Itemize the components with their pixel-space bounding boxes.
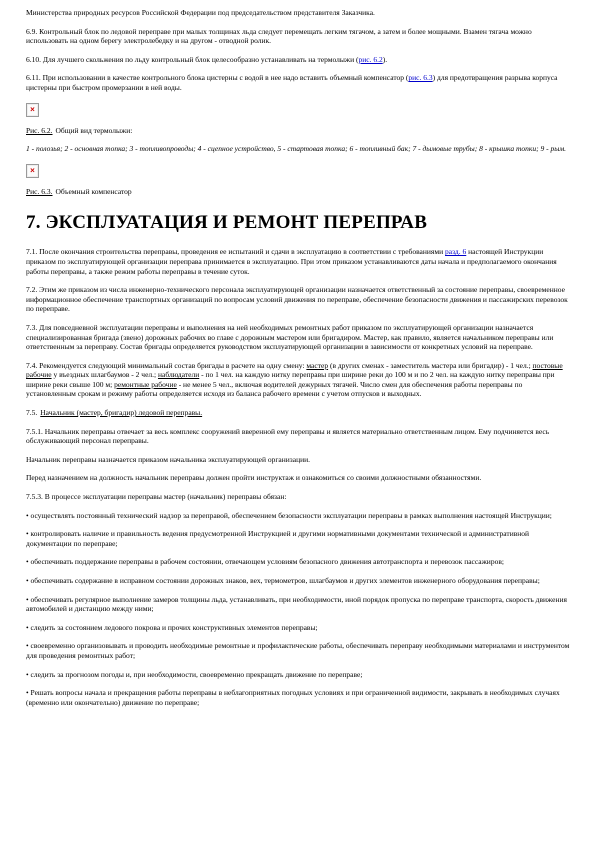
link-section-6[interactable]: разд. 6	[445, 247, 466, 256]
bullet-item: • следить за состоянием ледового покрова…	[26, 623, 571, 633]
broken-image-x-glyph: ×	[30, 106, 35, 114]
figure-6-3-caption-title: Рис. 6.3.Объемный компенсатор	[26, 187, 571, 197]
bullet-item: • своевременно организовывать и проводит…	[26, 641, 571, 660]
paragraph-6-11: 6.11. При использовании в качестве контр…	[26, 73, 571, 92]
bullet-item: • осуществлять постоянный технический на…	[26, 511, 571, 521]
paragraph-7-4-seg1: 7.4. Рекомендуется следующий минимальный…	[26, 361, 306, 370]
paragraph-7-5: 7.5.Начальник (мастер, бригадир) ледовой…	[26, 408, 571, 418]
bullet-item: • обеспечивать поддержание переправы в р…	[26, 557, 571, 567]
paragraph-7-1-text: 7.1. После окончания строительства переп…	[26, 247, 445, 256]
figure-6-2-caption-title: Рис. 6.2.Общий вид термолыжи:	[26, 126, 571, 136]
figure-6-3-label: Рис. 6.3.	[26, 187, 53, 196]
paragraph-7-5-2: Перед назначением на должность начальник…	[26, 473, 571, 483]
section-heading: 7. ЭКСПЛУАТАЦИЯ И РЕМОНТ ПЕРЕПРАВ	[26, 212, 571, 234]
paragraph-6-10-tail: ).	[383, 55, 387, 64]
term-repair-workers: ремонтные рабочие	[114, 380, 177, 389]
document-page: Министерства природных ресурсов Российск…	[0, 0, 595, 842]
paragraph-7-4-seg2: (в других сменах - заместитель мастера и…	[328, 361, 532, 370]
figure-6-3-title: Объемный компенсатор	[56, 187, 132, 196]
paragraph-7-3: 7.3. Для повседневной эксплуатации переп…	[26, 323, 571, 352]
figure-6-2-legend: 1 - полозья; 2 - основная топка; 3 - топ…	[26, 144, 571, 154]
paragraph-7-5-3: 7.5.3. В процессе эксплуатации переправы…	[26, 492, 571, 502]
bullet-item: • обеспечивать регулярное выполнение зам…	[26, 595, 571, 614]
paragraph-7-5-1: 7.5.1. Начальник переправы отвечает за в…	[26, 427, 571, 446]
link-fig-6-2[interactable]: рис. 6.2	[359, 55, 383, 64]
paragraph-6-11-text: 6.11. При использовании в качестве контр…	[26, 73, 408, 82]
term-observers: наблюдатели	[158, 370, 199, 379]
figure-6-2-title: Общий вид термолыжи:	[56, 126, 133, 135]
broken-image-x-glyph: ×	[30, 167, 35, 175]
paragraph-7-2: 7.2. Этим же приказом из числа инженерно…	[26, 285, 571, 314]
figure-6-2-label: Рис. 6.2.	[26, 126, 53, 135]
bullet-item: • Решать вопросы начала и прекращения ра…	[26, 688, 571, 707]
intro-continuation-paragraph: Министерства природных ресурсов Российск…	[26, 8, 571, 18]
bullet-item: • следить за прогнозом погоды и, при нео…	[26, 670, 571, 680]
broken-image-icon: ×	[26, 164, 39, 178]
paragraph-7-4: 7.4. Рекомендуется следующий минимальный…	[26, 361, 571, 399]
bullet-item: • контролировать наличие и правильность …	[26, 529, 571, 548]
paragraph-7-5-number: 7.5.	[26, 408, 37, 417]
paragraph-7-4-seg3: у въездных шлагбаумов - 2 чел.;	[52, 370, 158, 379]
paragraph-6-10-text: 6.10. Для лучшего скольжения по льду кон…	[26, 55, 359, 64]
paragraph-7-5-title: Начальник (мастер, бригадир) ледовой пер…	[40, 408, 202, 417]
paragraph-6-9: 6.9. Контрольный блок по ледовой перепра…	[26, 27, 571, 46]
term-master: мастер	[306, 361, 328, 370]
bullet-item: • обеспечивать содержание в исправном со…	[26, 576, 571, 586]
broken-image-icon: ×	[26, 103, 39, 117]
paragraph-7-1: 7.1. После окончания строительства переп…	[26, 247, 571, 276]
link-fig-6-3[interactable]: рис. 6.3	[408, 73, 432, 82]
paragraph-7-5-1-note: Начальник переправы назначается приказом…	[26, 455, 571, 465]
paragraph-6-10: 6.10. Для лучшего скольжения по льду кон…	[26, 55, 571, 65]
